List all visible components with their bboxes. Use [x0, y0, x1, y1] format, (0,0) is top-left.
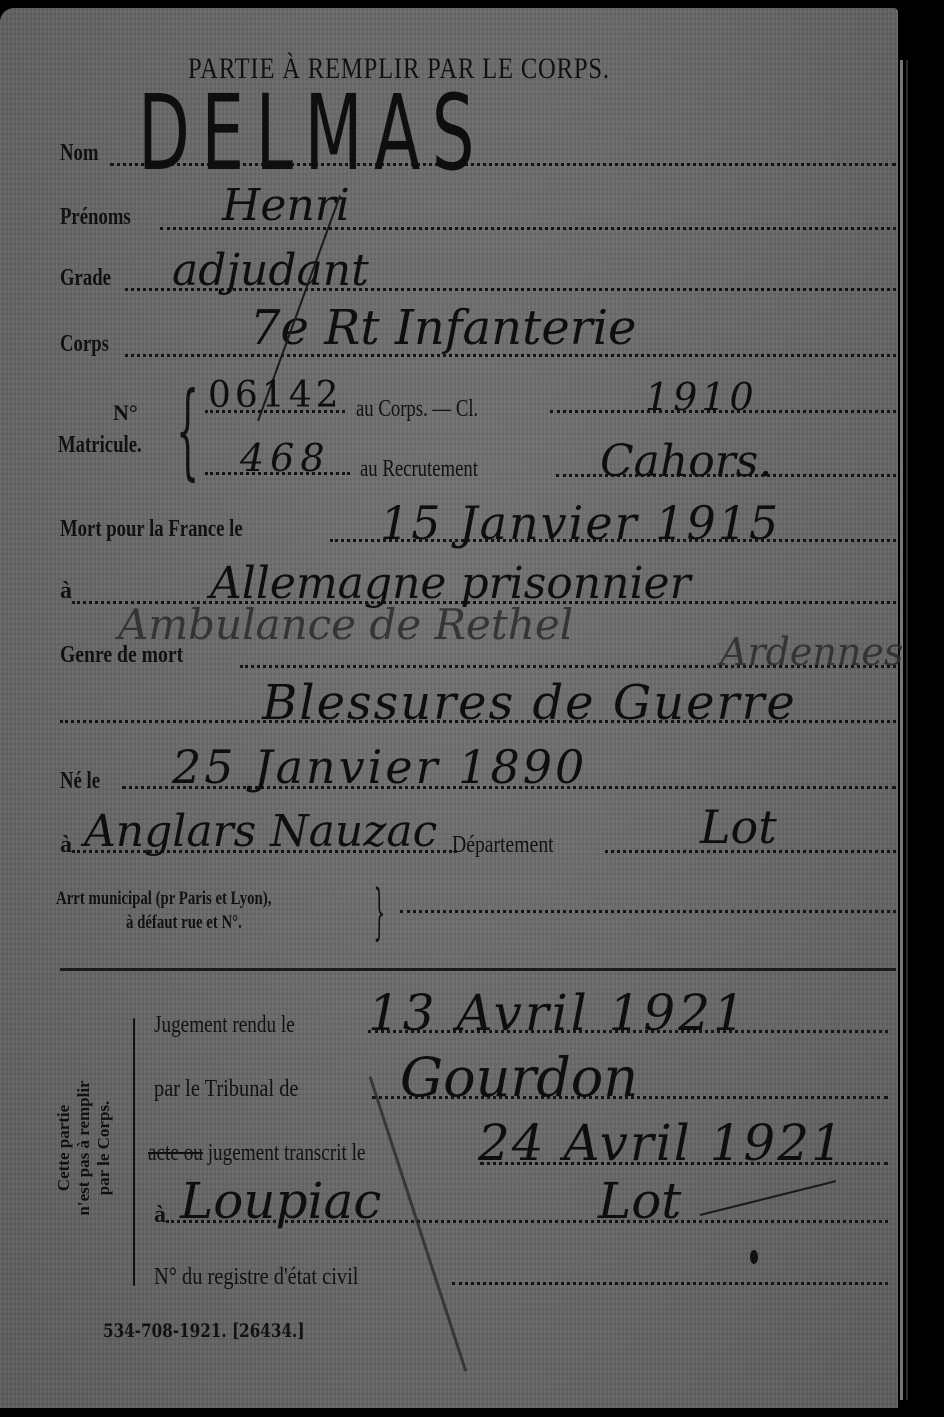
print-reference-text: 534-708-1921. [26434.]: [103, 1320, 305, 1342]
transcrit-label: acte ou jugement transcrit le: [148, 1140, 420, 1167]
side-label-line-3: par le Corps.: [94, 1048, 114, 1248]
side-label-line-1: Cette partie: [54, 1048, 74, 1248]
tribunal-label-text: par le Tribunal de: [154, 1076, 298, 1103]
corps-label: Corps: [60, 331, 123, 358]
lieu-naissance-label: à: [60, 832, 72, 859]
matricule-corps-label: au Corps. — Cl.: [356, 396, 513, 423]
genre-mort-label-text: Genre de mort: [60, 642, 183, 669]
nom-label: Nom: [60, 140, 109, 167]
civil-section-brace: [133, 1018, 135, 1286]
registre-line: [452, 1282, 888, 1285]
corps-value: 7e Rt Infanterie: [250, 300, 636, 356]
arrondissement-label-2-text: à défaut rue et N°.: [126, 912, 242, 934]
corps-label-text: Corps: [60, 331, 109, 358]
classe-value: 1910: [645, 375, 758, 419]
lieu-transcription-label: à: [154, 1202, 166, 1229]
registre-label: N° du registre d'état civil: [154, 1264, 395, 1291]
print-reference: 534-708-1921. [26434.]: [103, 1320, 355, 1342]
matricule-corps-number: 06142: [208, 375, 343, 416]
nom-value: DELMAS: [138, 72, 621, 194]
arrondissement-line: [400, 910, 896, 913]
ne-le-value: 25 Janvier 1890: [172, 740, 587, 794]
tribunal-value: Gourdon: [400, 1046, 638, 1109]
departement-label: Département: [452, 832, 576, 859]
arrondissement-label-2: à défaut rue et N°.: [126, 912, 274, 934]
ne-le-label-text: Né le: [60, 768, 100, 795]
card-right-border-inner: [906, 60, 908, 1400]
transcrit-value: 24 Avril 1921: [478, 1114, 845, 1172]
nom-label-text: Nom: [60, 140, 98, 167]
civil-section-side-label: Cette partie n'est pas à remplir par le …: [54, 1048, 114, 1248]
genre-mort-label: Genre de mort: [60, 642, 210, 669]
matricule-label-no: N°: [113, 400, 138, 426]
arrondissement-brace: {: [374, 882, 385, 942]
side-label-line-2: n'est pas à remplir: [74, 1048, 94, 1248]
nom-value-text: DELMAS: [138, 72, 486, 194]
grade-label: Grade: [60, 265, 125, 292]
lieu-naissance-value: Anglars Nauzac: [84, 806, 437, 857]
matricule-label-text: Matricule.: [58, 432, 142, 459]
section-separator: [60, 968, 896, 971]
matricule-recrutement-number: 468: [240, 436, 331, 480]
lieu-transcription-value: Loupiac: [180, 1172, 381, 1230]
jugement-rendu-label: Jugement rendu le: [154, 1012, 330, 1039]
jugement-rendu-label-text: Jugement rendu le: [154, 1012, 295, 1039]
lieu-deces-label: à: [60, 578, 72, 605]
arrondissement-label-1-text: Arrt municipal (pr Paris et Lyon),: [56, 888, 271, 910]
registre-label-text: N° du registre d'état civil: [154, 1264, 358, 1291]
recrutement-label: au Recrutement: [360, 456, 511, 483]
recrutement-label-text: au Recrutement: [360, 456, 478, 483]
arrondissement-label-1: Arrt municipal (pr Paris et Lyon),: [56, 888, 332, 910]
ink-spot: [750, 1250, 758, 1264]
lieu-deces-value-faint-2: Ardennes: [720, 630, 903, 674]
matricule-label: Matricule.: [58, 432, 165, 459]
transcrit-struck-label: acte ou: [148, 1140, 203, 1166]
transcrit-label-text: jugement transcrit le: [208, 1140, 366, 1166]
genre-mort-value: Blessures de Guerre: [262, 675, 797, 731]
prenoms-label: Prénoms: [60, 204, 151, 231]
grade-value: adjudant: [172, 245, 369, 296]
card-right-border: [900, 60, 903, 1400]
jugement-rendu-value: 13 Avril 1921: [368, 984, 748, 1042]
tribunal-label: par le Tribunal de: [154, 1076, 324, 1103]
grade-label-text: Grade: [60, 265, 111, 292]
recrutement-value: Cahors.: [600, 436, 772, 487]
departement-value: Lot: [700, 800, 777, 854]
prenoms-label-text: Prénoms: [60, 204, 131, 231]
mort-label-text: Mort pour la France le: [60, 516, 243, 543]
ne-le-label: Né le: [60, 768, 111, 795]
lieu-transcription-value-2: Lot: [598, 1172, 681, 1230]
matricule-corps-label-text: au Corps. — Cl.: [356, 396, 478, 423]
mort-label: Mort pour la France le: [60, 516, 294, 543]
mort-value: 15 Janvier 1915: [380, 496, 780, 550]
departement-label-text: Département: [452, 832, 554, 859]
matricule-brace: {: [176, 378, 199, 482]
